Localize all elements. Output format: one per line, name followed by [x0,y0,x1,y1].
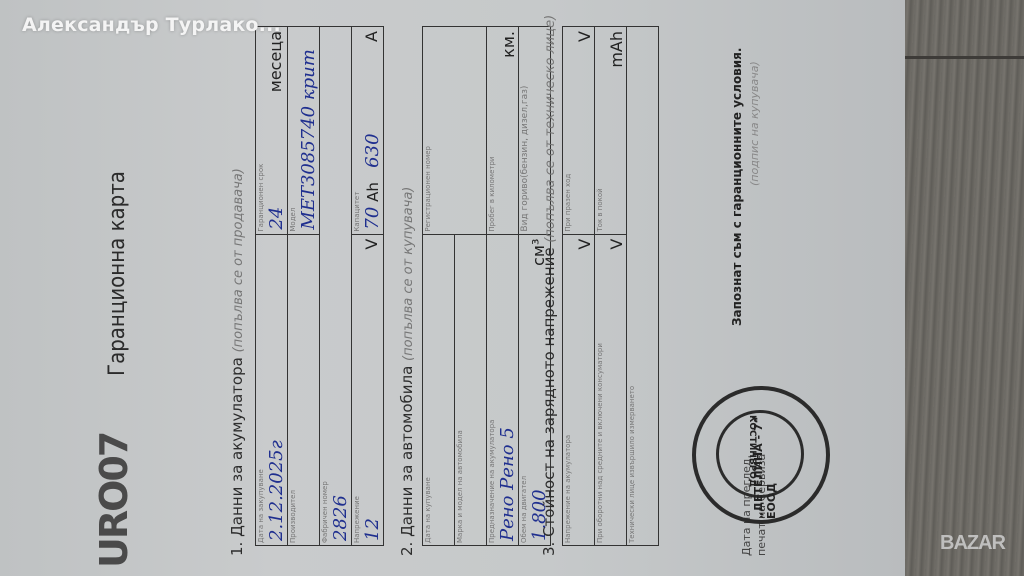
battery-voltage-field: Напрежение на акумулатораV [563,234,595,545]
section2-note: (попълва се от купувача) [401,187,416,361]
vehicle-data-table: Дата на купуване Регистрационен номер Ма… [422,26,551,546]
battery-data-table: Дата на закупуване2.12.2025г Гаранционен… [255,26,384,546]
section2-title: 2. Данни за автомобила [398,366,416,556]
bazar-watermark-logo: BAZAR [940,532,1005,555]
registration-number-field: Регистрационен номер [423,27,487,235]
section1-title: 1. Данни за акумулатора [228,357,246,556]
voltage-field: Напрежение12V [352,234,384,545]
charging-voltage-table: Напрежение на акумулатораV При празен хо… [562,26,659,546]
rest-current-field: Ток в покойmAh [595,27,627,235]
purchase-date-field: Дата на закупуване2.12.2025г [256,234,288,545]
section3-heading: 3. Стойност на зарядното напрежение (поп… [540,15,558,556]
warranty-period-field: Гаранционен срок24месеца [256,27,288,235]
buy-date-field: Дата на купуване [423,234,455,545]
company-stamp: „ДЕТЕЛИНА - 7“ ЕООД КОСТИНБРОД [692,386,830,524]
serial-number-field: Фабричен номер2826 [320,27,352,546]
battery-purpose-field: Предназначение на акумулатораРено Рено 5 [487,234,519,545]
mileage-field: Пробег в километрикм. [487,27,519,235]
seller-name[interactable]: Александър Турлако... [22,14,281,36]
technician-field: Технически лице извършило измерването [627,27,659,546]
buyer-signature-label: (подпис на купувача) [748,61,761,186]
acknowledgement-text: Запознат съм с гаранционните условия. [730,48,744,326]
section3-note: (попълва се от техническо лице) [543,15,558,243]
stamp-inner-text: КОСТИНБРОД [747,415,757,487]
manufacturer-field: Производител [288,234,320,545]
capacity-and-current-field: Капацитет70 Ah 630A [352,27,384,235]
idle-voltage-field: При празен ходV [563,27,595,235]
section1-note: (попълва се от продавача) [231,168,246,352]
section2-heading: 2. Данни за автомобила (попълва се от ку… [398,187,416,556]
section1-heading: 1. Данни за акумулатора (попълва се от п… [228,168,246,556]
high-rpm-voltage-field: При оборотни над средните и включени кон… [595,234,627,545]
make-model-field: Марка и модел на автомобила [455,234,487,545]
section3-title: 3. Стойност на зарядното напрежение [540,247,558,556]
document-title: Гаранционна карта [105,171,130,376]
company-logo: URO07 [92,433,136,568]
model-field: МоделMET3085740 крит [288,27,320,235]
wooden-table-background [905,0,1024,576]
table-seam [905,56,1024,59]
